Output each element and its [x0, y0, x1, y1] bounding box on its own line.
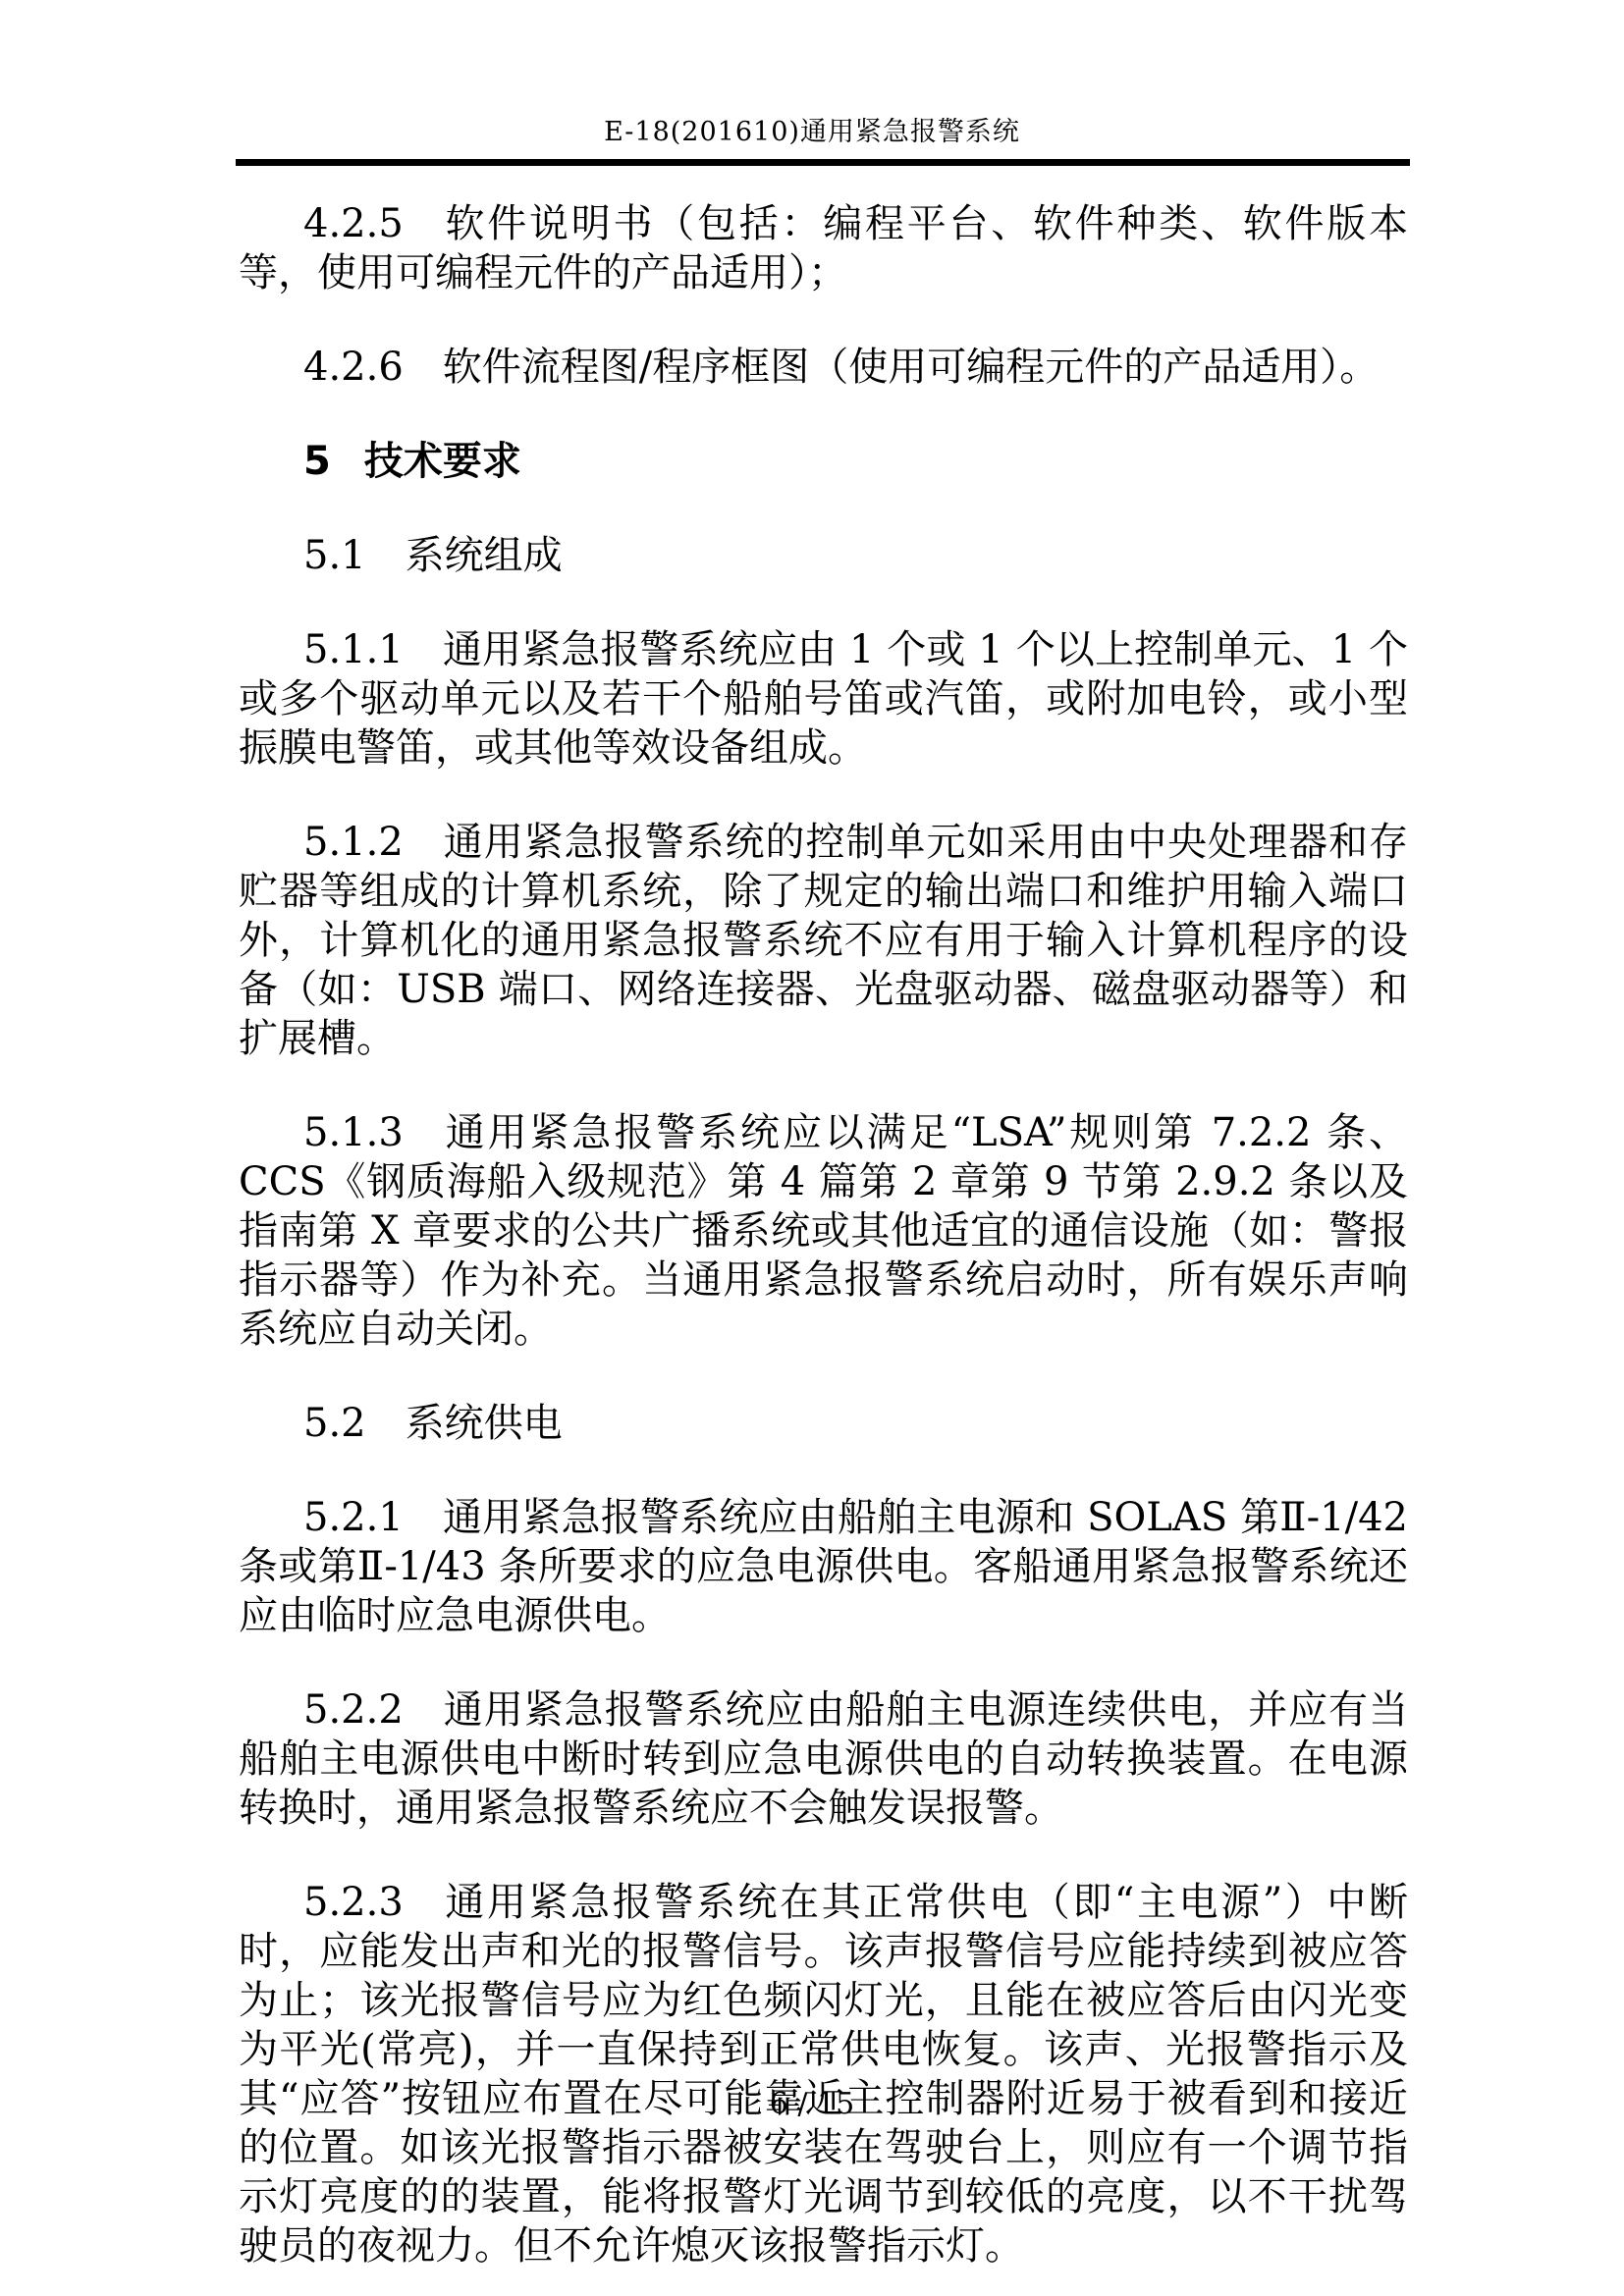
clause-number: 5.2.3 [303, 1880, 404, 1925]
clause-text: 软件流程图/程序框图（使用可编程元件的产品适用）。 [443, 345, 1379, 390]
paragraph-4-2-6: 4.2.6软件流程图/程序框图（使用可编程元件的产品适用）。 [239, 343, 1408, 392]
section-heading-5-1: 5.1系统组成 [239, 531, 1408, 580]
document-page: E-18(201610)通用紧急报警系统 4.2.5软件说明书（包括：编程平台、… [0, 0, 1624, 2296]
clause-number: 5.2.1 [303, 1495, 404, 1540]
paragraph-5-2-1: 5.2.1通用紧急报警系统应由船舶主电源和 SOLAS 第Ⅱ-1/42 条或第Ⅱ… [239, 1493, 1408, 1640]
clause-number: 5.1 [303, 533, 366, 578]
page-header: E-18(201610)通用紧急报警系统 [0, 116, 1624, 149]
paragraph-5-2-3: 5.2.3通用紧急报警系统在其正常供电（即“主电源”）中断时，应能发出声和光的报… [239, 1878, 1408, 2270]
clause-text: 软件说明书（包括：编程平台、软件种类、软件版本等，使用可编程元件的产品适用）； [239, 201, 1408, 295]
clause-text: 通用紧急报警系统应由船舶主电源连续供电，并应有当船舶主电源供电中断时转到应急电源… [239, 1687, 1408, 1831]
clause-number: 5.2.2 [303, 1687, 404, 1733]
clause-text: 通用紧急报警系统应由 1 个或 1 个以上控制单元、1 个或多个驱动单元以及若干… [239, 627, 1408, 771]
paragraph-5-2-2: 5.2.2通用紧急报警系统应由船舶主电源连续供电，并应有当船舶主电源供电中断时转… [239, 1685, 1408, 1833]
document-body: 4.2.5软件说明书（包括：编程平台、软件种类、软件版本等，使用可编程元件的产品… [239, 199, 1408, 2270]
paragraph-5-1-1: 5.1.1通用紧急报警系统应由 1 个或 1 个以上控制单元、1 个或多个驱动单… [239, 625, 1408, 773]
paragraph-4-2-5: 4.2.5软件说明书（包括：编程平台、软件种类、软件版本等，使用可编程元件的产品… [239, 199, 1408, 297]
clause-text: 技术要求 [364, 439, 521, 484]
clause-number: 4.2.6 [303, 345, 404, 390]
section-heading-5: 5技术要求 [239, 437, 1408, 486]
clause-number: 5 [303, 439, 331, 484]
clause-number: 5.1.3 [303, 1110, 404, 1155]
clause-number: 5.1.1 [303, 627, 404, 672]
clause-text: 通用紧急报警系统应以满足“LSA”规则第 7.2.2 条、CCS《钢质海船入级规… [239, 1110, 1408, 1352]
clause-number: 5.1.2 [303, 820, 404, 865]
clause-number: 5.2 [303, 1401, 366, 1446]
clause-text: 通用紧急报警系统在其正常供电（即“主电源”）中断时，应能发出声和光的报警信号。该… [239, 1880, 1408, 2269]
clause-text: 通用紧急报警系统的控制单元如采用由中央处理器和存贮器等组成的计算机系统，除了规定… [239, 820, 1408, 1061]
section-heading-5-2: 5.2系统供电 [239, 1399, 1408, 1448]
header-rule [236, 159, 1410, 166]
header-title: E-18(201610)通用紧急报警系统 [604, 117, 1020, 147]
paragraph-5-1-3: 5.1.3通用紧急报警系统应以满足“LSA”规则第 7.2.2 条、CCS《钢质… [239, 1108, 1408, 1354]
clause-text: 系统组成 [406, 533, 563, 578]
page-footer: 6 / 15 [0, 2085, 1624, 2124]
clause-text: 通用紧急报警系统应由船舶主电源和 SOLAS 第Ⅱ-1/42 条或第Ⅱ-1/43… [239, 1495, 1408, 1638]
page-number: 6 / 15 [770, 2087, 854, 2121]
clause-text: 系统供电 [406, 1401, 563, 1446]
paragraph-5-1-2: 5.1.2通用紧急报警系统的控制单元如采用由中央处理器和存贮器等组成的计算机系统… [239, 818, 1408, 1063]
clause-number: 4.2.5 [303, 201, 404, 246]
